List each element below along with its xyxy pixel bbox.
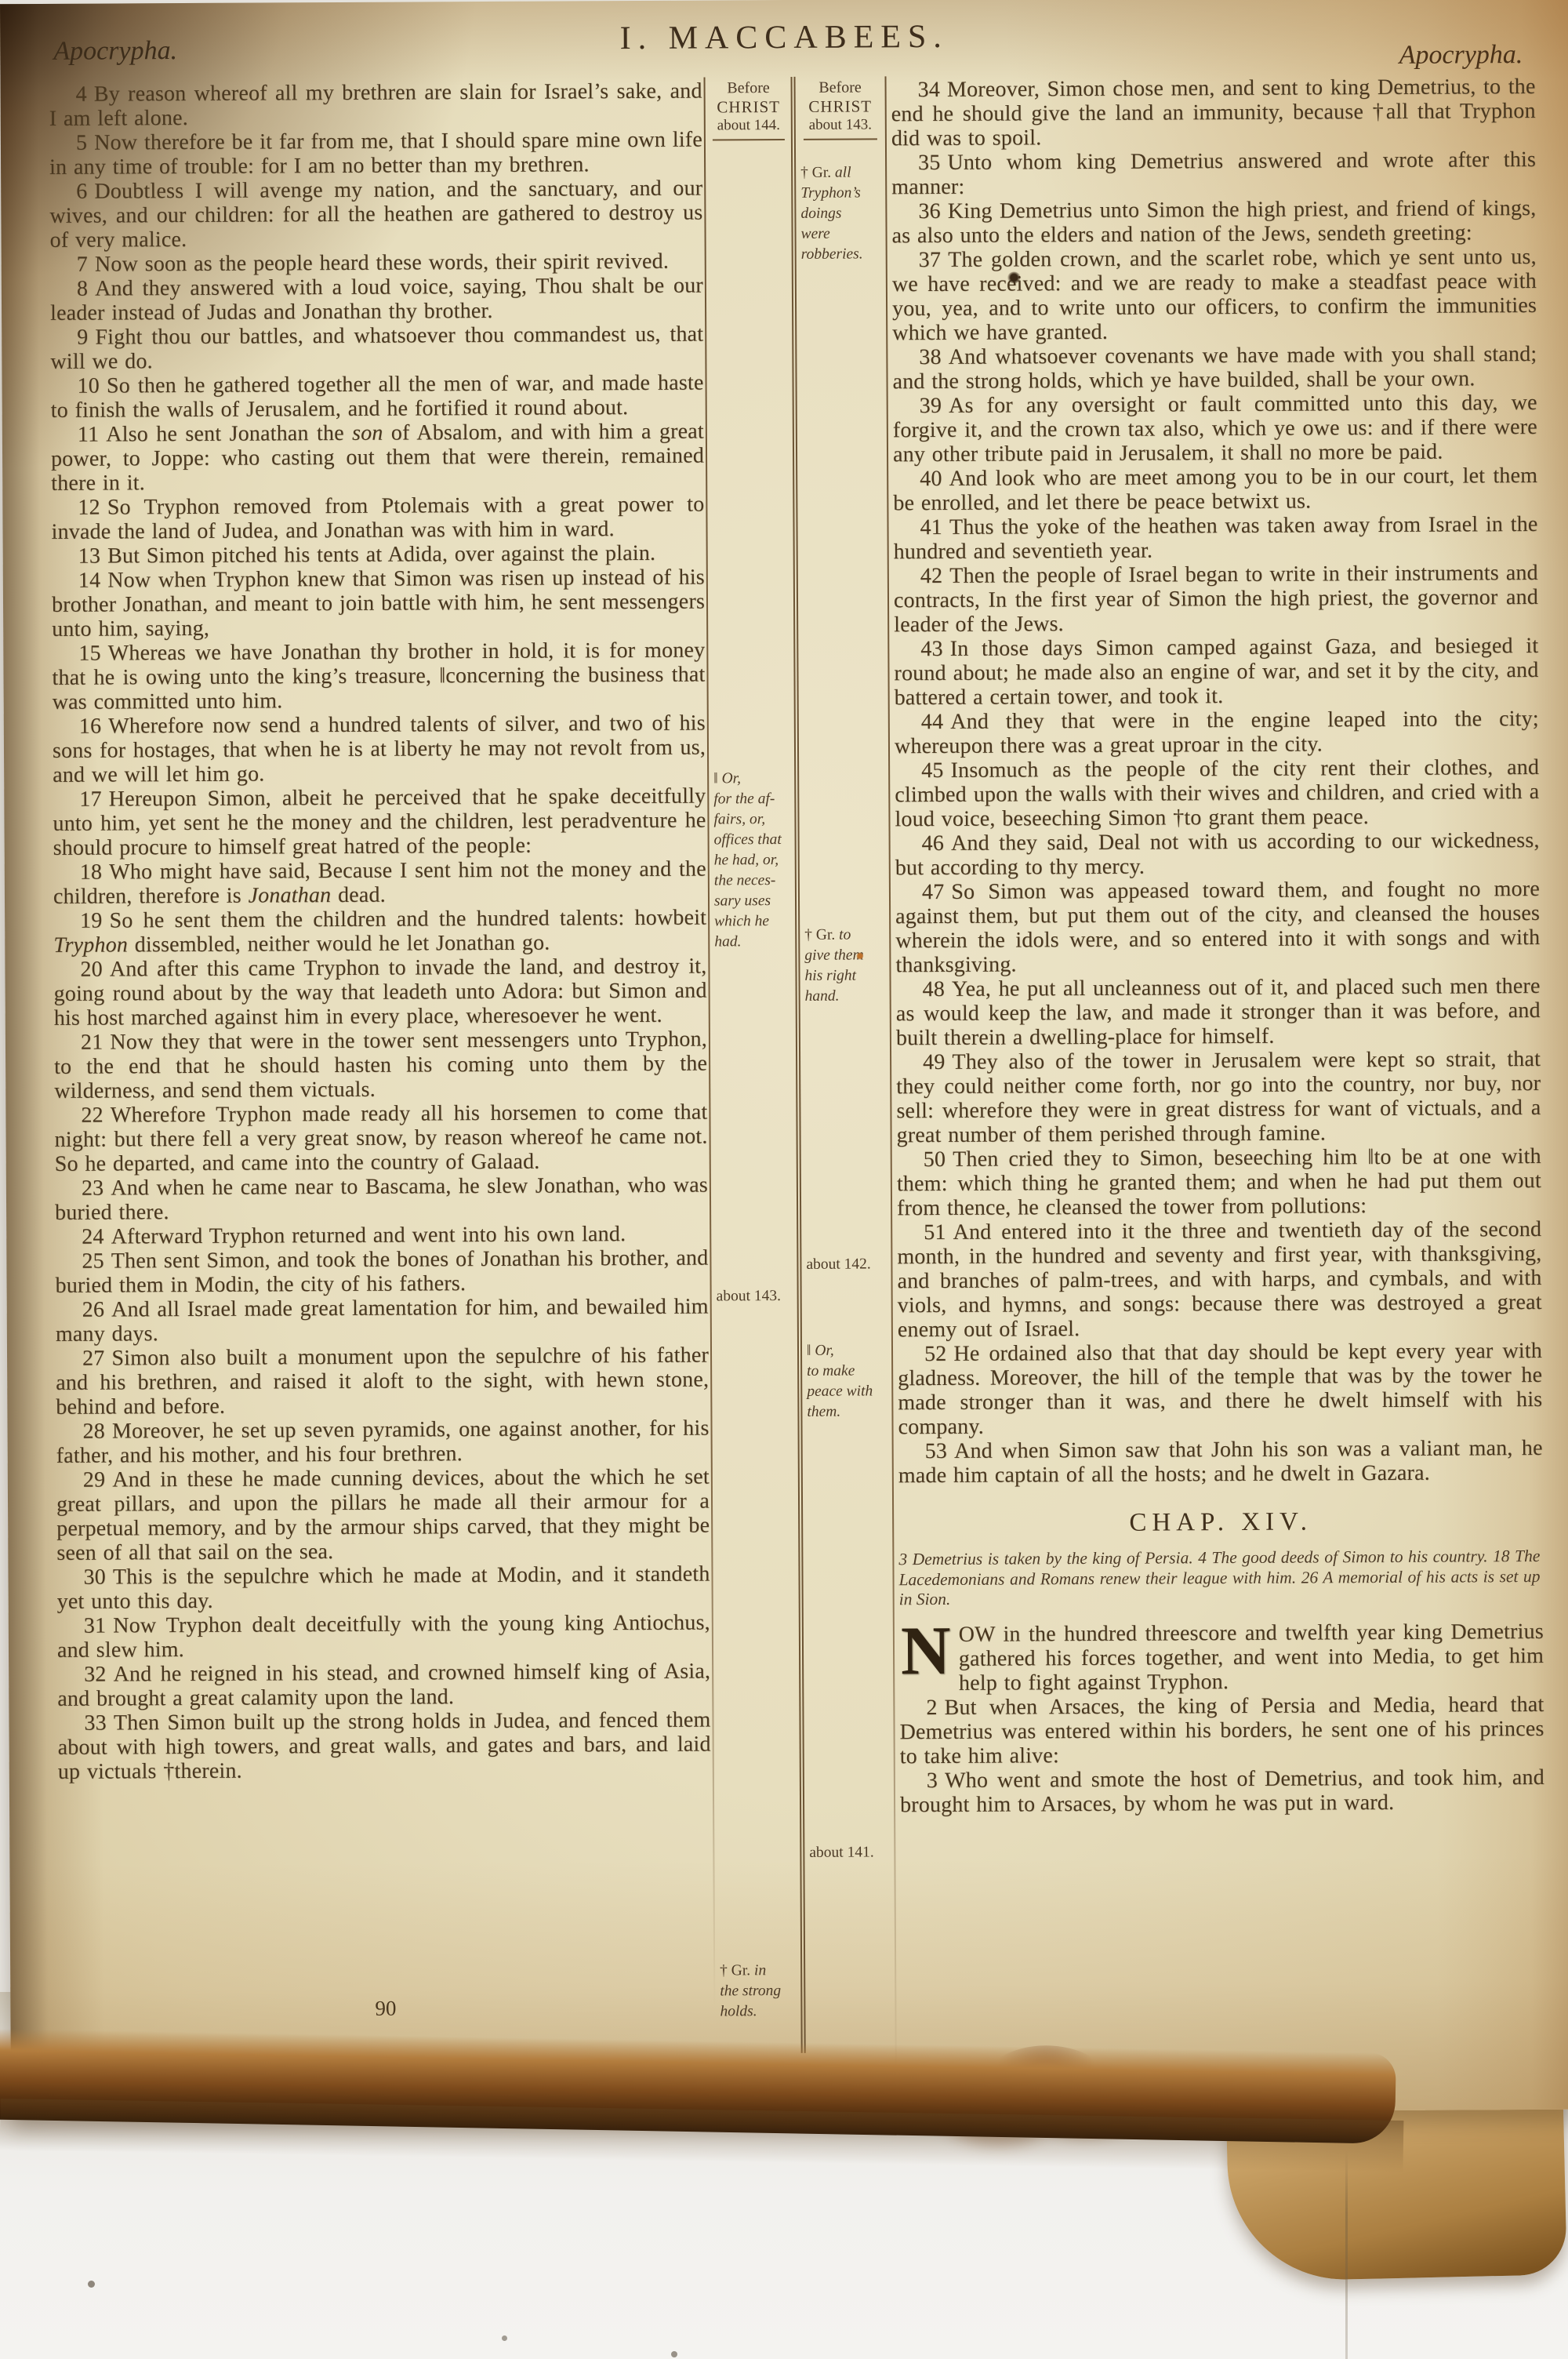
verse: 39As for any oversight or fault committe… (893, 391, 1537, 467)
verse: 40And look who are meet among you to be … (893, 463, 1537, 515)
foxing-spot (856, 952, 863, 959)
verse: 16Wherefore now send a hundred talents o… (53, 711, 706, 787)
verse-number: 10 (77, 374, 107, 398)
verse-text: Insomuch as the people of the city rent … (895, 755, 1539, 831)
verse-number: 47 (922, 880, 952, 904)
verse: 9Fight thou our battles, and whatsoever … (50, 322, 703, 374)
running-head-right: Apocrypha. (1399, 40, 1523, 71)
page-sheet: Apocrypha. I. MACCABEES. Apocrypha. 4By … (0, 0, 1568, 2117)
verse: 18Who might have said, Because I sent hi… (53, 857, 706, 909)
verse-number: 3 (927, 1768, 945, 1792)
chapter-heading: CHAP. XIV. (898, 1507, 1543, 1539)
verse: 52He ordained also that that day should … (898, 1339, 1543, 1439)
margin-note: about 142. (806, 1254, 889, 1275)
verse-text: The golden crown, and the scarlet robe, … (892, 245, 1537, 345)
heading-rule (713, 139, 784, 140)
verse-number: 15 (78, 642, 108, 666)
verse: 25Then sent Simon, and took the bones of… (55, 1246, 708, 1298)
verse: 3Who went and smote the host of Demetriu… (900, 1765, 1544, 1816)
verse-number: 2 (926, 1695, 944, 1719)
verse: 38And whatsoever covenants we have made … (892, 342, 1537, 394)
ink-blot (1007, 271, 1021, 283)
verse-text: As for any oversight or fault committed … (893, 391, 1537, 467)
verse: 19So he sent them the children and the h… (53, 906, 706, 958)
verse-text: Wherefore Tryphon made ready all his hor… (55, 1100, 708, 1176)
verse-text: Then the people of Israel began to write… (894, 561, 1538, 637)
margin-note: † Gr. allTryphon’sdoingswererobberies. (800, 162, 884, 265)
verse: 24Afterward Tryphon returned and went in… (55, 1222, 708, 1249)
verse-number: 46 (922, 831, 952, 856)
verse-text: Moreover, he set up seven pyramids, one … (56, 1416, 710, 1468)
verse-number: 37 (919, 248, 949, 272)
verse-text: But Simon pitched his tents at Adida, ov… (107, 541, 655, 569)
verse: 7Now soon as the people heard these word… (50, 249, 703, 277)
verse: NOW in the hundred threescore and twelft… (899, 1619, 1544, 1695)
verse: 33Then Simon built up the strong holds i… (57, 1708, 710, 1784)
verse-text: Then sent Simon, and took the bones of J… (55, 1246, 708, 1298)
verse-text: But when Arsaces, the king of Persia and… (899, 1692, 1544, 1768)
verse-text: And when he came near to Bascama, he sle… (55, 1173, 708, 1225)
verse-number: 19 (80, 909, 110, 933)
verse: 10So then he gathered together all the m… (50, 371, 703, 423)
verse-number: 21 (81, 1030, 111, 1055)
verse: 22Wherefore Tryphon made ready all his h… (54, 1100, 707, 1176)
verse-number: 11 (78, 423, 107, 447)
verse: 51And entered into it the three and twen… (897, 1217, 1542, 1342)
verse: 36King Demetrius unto Simon the high pri… (891, 196, 1536, 248)
text-column-right: 34Moreover, Simon chose men, and sent to… (891, 75, 1545, 1817)
verse-text: And in these he made cunning devices, ab… (56, 1465, 710, 1565)
margin-column-left: Before CHRIST about 144. ‖ Or,for the af… (707, 78, 800, 2087)
verse-text: Then Simon built up the strong holds in … (58, 1708, 711, 1784)
page-title: I. MACCABEES. (0, 15, 1568, 60)
verse-text: Now when Tryphon knew that Simon was ris… (52, 565, 705, 642)
text-column-left: 4By reason whereof all my brethren are s… (49, 79, 711, 1784)
verse-number: 4 (76, 82, 94, 107)
verse-number: 34 (918, 78, 948, 102)
verse: 17Hereupon Simon, albeit he perceived th… (53, 784, 706, 860)
verse-text: And they that were in the engine leaped … (895, 707, 1539, 758)
verse-number: 23 (82, 1176, 111, 1201)
margin-note: ‖ Or,for the af-fairs, or,offices thathe… (713, 769, 794, 953)
verse: 27Simon also built a monument upon the s… (56, 1343, 709, 1419)
verse-number: 42 (920, 564, 950, 588)
verse-text: Whereas we have Jonathan thy brother in … (52, 638, 705, 714)
verse-text: And whatsoever covenants we have made wi… (892, 342, 1537, 394)
verse: 29And in these he made cunning devices, … (56, 1465, 710, 1565)
verse: 31Now Tryphon dealt deceitfully with the… (57, 1611, 710, 1663)
before-christ-heading: Before CHRIST about 144. (707, 78, 790, 141)
verse: 42Then the people of Israel began to wri… (894, 561, 1538, 637)
verse: 15Whereas we have Jonathan thy brother i… (52, 638, 705, 714)
verse-number: 14 (78, 569, 108, 593)
verse: 2But when Arsaces, the king of Persia an… (899, 1692, 1544, 1768)
verse-number: 53 (925, 1439, 955, 1463)
verse-number: 49 (923, 1050, 953, 1074)
verse-text: In those days Simon camped against Gaza,… (894, 634, 1538, 710)
verse-text: And he reigned in his stead, and crowned… (57, 1659, 710, 1711)
verse: 34Moreover, Simon chose men, and sent to… (891, 75, 1536, 151)
verse: 32And he reigned in his stead, and crown… (57, 1659, 710, 1711)
verse: 44And they that were in the engine leape… (895, 707, 1539, 758)
drop-cap: N (899, 1622, 959, 1674)
verse-text: Now Tryphon dealt deceitfully with the y… (57, 1611, 710, 1663)
verse-text: And entered into it the three and twenti… (897, 1217, 1541, 1342)
verse-number: 45 (921, 758, 951, 783)
paper-crease-line (1345, 2150, 1348, 2359)
verse-number: 18 (80, 860, 110, 885)
verse-number: 33 (84, 1711, 114, 1736)
before-christ-heading: Before CHRIST about 143. (797, 78, 884, 140)
verse-text: So he sent them the children and the hun… (53, 906, 706, 958)
verse-number: 44 (921, 710, 951, 734)
verse-text: Who went and smote the host of Demetrius… (900, 1765, 1544, 1816)
verse: 12So Tryphon removed from Ptolemais with… (51, 493, 704, 544)
verse-number: 24 (82, 1225, 111, 1249)
verse: 28Moreover, he set up seven pyramids, on… (56, 1416, 709, 1468)
verse: 5Now therefore be it far from me, that I… (49, 128, 702, 180)
chapter-synopsis: 3 Demetrius is taken by the king of Pers… (898, 1547, 1540, 1610)
verse-number: 41 (920, 515, 949, 540)
verse: 13But Simon pitched his tents at Adida, … (52, 541, 705, 569)
margin-column-right: Before CHRIST about 143. † Gr. allTrypho… (797, 78, 894, 2086)
verse-number: 39 (920, 394, 949, 418)
verse-text: Hereupon Simon, albeit he perceived that… (53, 784, 706, 860)
verse-text: Doubtless I will avenge my nation, and t… (49, 176, 702, 253)
verse-number: 16 (79, 714, 109, 739)
verse-number: 32 (84, 1663, 114, 1687)
verse-number: 5 (76, 131, 94, 155)
verse-text: Moreover, Simon chose men, and sent to k… (891, 75, 1536, 151)
verse-text: And after this came Tryphon to invade th… (54, 954, 707, 1030)
verse: 53And when Simon saw that John his son w… (898, 1436, 1543, 1488)
verse: 20And after this came Tryphon to invade … (53, 954, 706, 1030)
verse-number: 52 (924, 1342, 954, 1366)
page-number: 90 (59, 1995, 712, 2023)
verse-text: He ordained also that that day should be… (898, 1339, 1542, 1439)
verse-number: 22 (81, 1103, 111, 1128)
verse-number: 43 (920, 637, 950, 661)
verse-text: And when Simon saw that John his son was… (898, 1436, 1543, 1488)
verse-text: So Simon was appeased toward them, and f… (895, 877, 1540, 977)
verse: 26And all Israel made great lamentation … (56, 1295, 709, 1347)
verse-text: And they said, Deal not with us accordin… (895, 828, 1540, 880)
verse: 43In those days Simon camped against Gaz… (894, 634, 1538, 710)
verse-number: 7 (77, 253, 95, 277)
verse-number: 8 (77, 277, 95, 301)
verse-number: 17 (79, 787, 109, 812)
verse-text: Now soon as the people heard these words… (95, 249, 669, 277)
verse-number: 13 (78, 544, 108, 569)
verse-text: Then cried they to Simon, beseeching him… (897, 1144, 1541, 1220)
verse-number: 31 (84, 1614, 114, 1638)
margin-note: about 143. (717, 1286, 797, 1307)
margin-note: ‖ Or,to makepeace withthem. (807, 1340, 891, 1423)
verse: 11Also he sent Jonathan the son of Absal… (51, 420, 704, 496)
verse: 49They also of the tower in Jerusalem we… (896, 1047, 1541, 1147)
heading-rule (804, 138, 878, 140)
verse-number: 35 (918, 151, 948, 175)
verse: 47So Simon was appeased toward them, and… (895, 877, 1541, 977)
verse-text: So then he gathered together all the men… (51, 371, 704, 423)
verse-text: Yea, he put all uncleanness out of it, a… (896, 974, 1541, 1050)
verse-number: 12 (78, 496, 107, 520)
verse: 50Then cried they to Simon, beseeching h… (897, 1144, 1541, 1220)
verse-number: 50 (924, 1147, 953, 1172)
table-speck (88, 2281, 95, 2288)
verse-number: 51 (924, 1220, 953, 1245)
verse-text: This is the sepulchre which he made at M… (57, 1562, 710, 1614)
verse: 41Thus the yoke of the heathen was taken… (893, 512, 1537, 564)
verse-text: And look who are meet among you to be in… (893, 463, 1537, 515)
verse: 37The golden crown, and the scarlet robe… (892, 245, 1537, 345)
verse-number: 9 (77, 325, 95, 350)
verse-number: 48 (923, 977, 953, 1001)
verse: 30This is the sepulchre which he made at… (56, 1562, 710, 1614)
verse-text: And all Israel made great lamentation fo… (56, 1295, 709, 1347)
verse-text: So Tryphon removed from Ptolemais with a… (51, 493, 704, 544)
verse-text: Unto whom king Demetrius answered and wr… (891, 147, 1536, 199)
verse: 6Doubtless I will avenge my nation, and … (49, 176, 702, 253)
verse-text: Wherefore now send a hundred talents of … (53, 711, 706, 787)
verse-number: 28 (82, 1419, 112, 1444)
verse: 46And they said, Deal not with us accord… (895, 828, 1540, 880)
verse-text: Also he sent Jonathan the son of Absalom… (51, 420, 704, 496)
margin-note: † Gr. inthe strongholds. (720, 1961, 800, 2023)
verse: 23And when he came near to Bascama, he s… (55, 1173, 708, 1225)
verse-number: 29 (83, 1468, 113, 1492)
verse-text: Simon also built a monument upon the sep… (56, 1343, 709, 1419)
verse-number: 36 (918, 199, 948, 224)
verse-number: 38 (919, 345, 949, 369)
verse: 35Unto whom king Demetrius answered and … (891, 147, 1536, 199)
verse-text: And they answered with a loud voice, say… (50, 274, 703, 325)
verse-text: Fight thou our battles, and whatsoever t… (50, 322, 703, 374)
verse: 21Now they that were in the tower sent m… (54, 1027, 707, 1103)
verse-text: Now therefore be it far from me, that I … (49, 128, 702, 180)
verse-text: Who might have said, Because I sent him … (53, 857, 706, 909)
verse-text: By reason whereof all my brethren are sl… (49, 79, 702, 131)
margin-note: about 141. (809, 1842, 892, 1863)
verse-number: 30 (83, 1565, 113, 1590)
margin-note: † Gr. togive themhis righthand. (804, 925, 888, 1007)
scanned-book-page: Apocrypha. I. MACCABEES. Apocrypha. 4By … (0, 0, 1568, 2359)
verse-number: 25 (82, 1249, 111, 1274)
table-speck (671, 2351, 677, 2357)
verse: 48Yea, he put all uncleanness out of it,… (896, 974, 1541, 1050)
verse: 14Now when Tryphon knew that Simon was r… (52, 565, 705, 642)
verse-number: 27 (82, 1347, 112, 1371)
verse-text: They also of the tower in Jerusalem were… (896, 1047, 1541, 1147)
verse-number: 6 (76, 180, 94, 204)
verse: 45Insomuch as the people of the city ren… (895, 755, 1539, 831)
verse-text: Now they that were in the tower sent mes… (54, 1027, 707, 1103)
verse-number: 20 (80, 958, 110, 982)
verse-text: OW in the hundred threescore and twelfth… (959, 1619, 1544, 1695)
table-speck (502, 2335, 507, 2341)
verse-number: 26 (82, 1298, 112, 1322)
verse-number: 40 (920, 467, 949, 491)
verse: 4By reason whereof all my brethren are s… (49, 79, 702, 131)
verse-text: Afterward Tryphon returned and went into… (111, 1222, 626, 1249)
verse-text: King Demetrius unto Simon the high pries… (891, 196, 1536, 248)
verse: 8And they answered with a loud voice, sa… (50, 274, 703, 325)
verse-text: Thus the yoke of the heathen was taken a… (894, 512, 1538, 564)
